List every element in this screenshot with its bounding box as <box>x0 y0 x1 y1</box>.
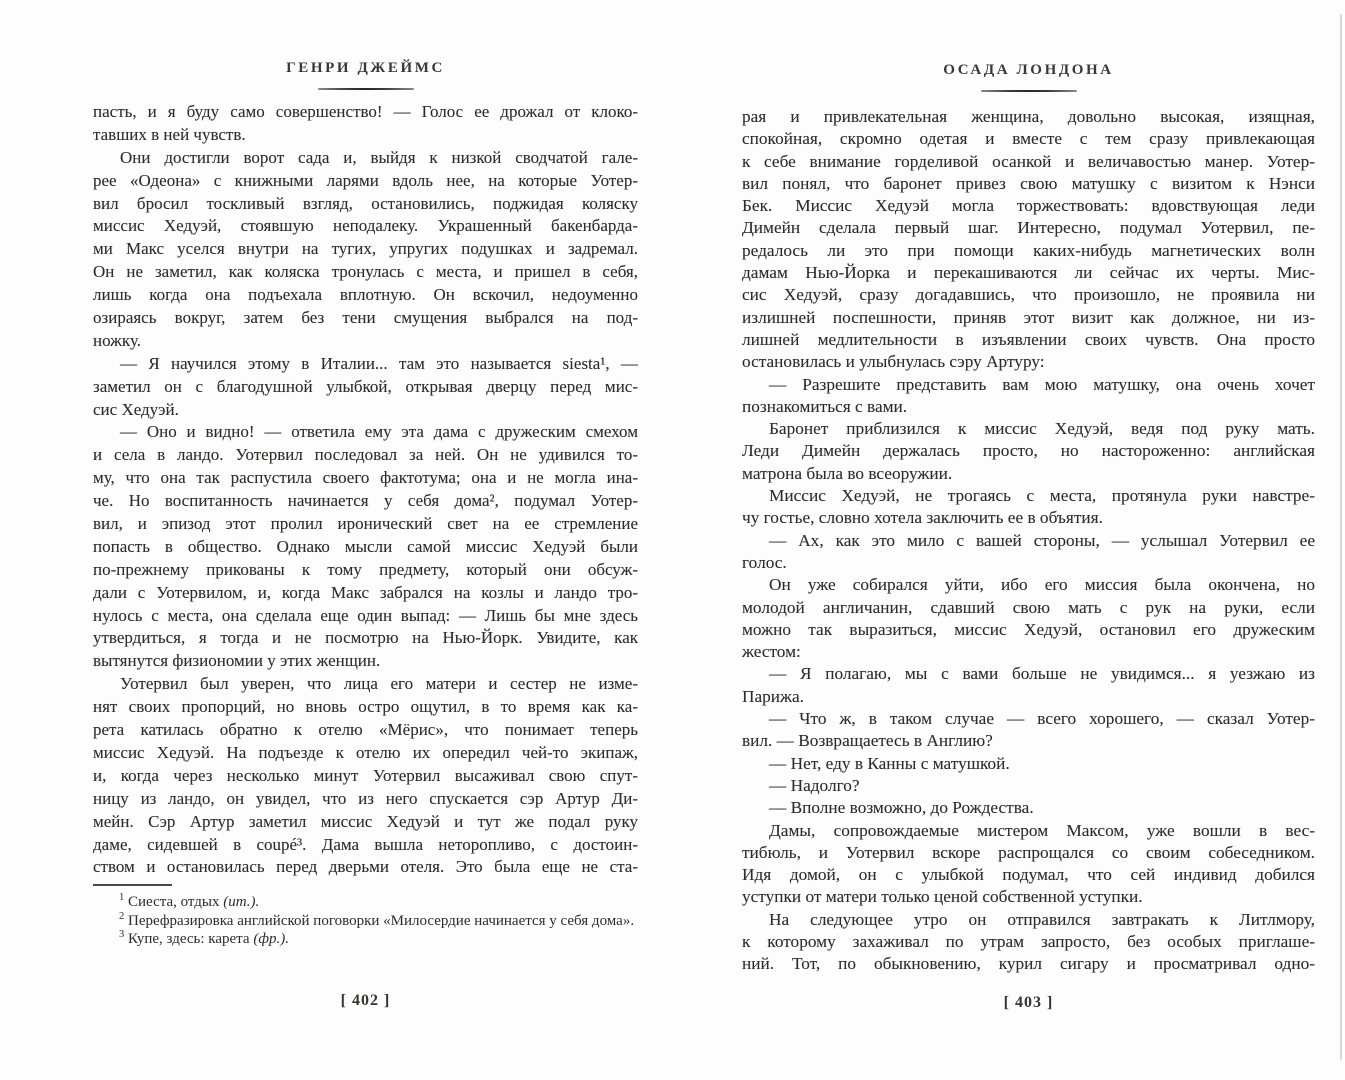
text-line: лишь когда она подъехала вплотную. Он вс… <box>93 284 638 307</box>
text-line: дамам Нью-Йорка и перекашиваются ли сейч… <box>742 262 1315 284</box>
text-line: тибюль, и Уотервил вскоре распрощался со… <box>742 842 1315 864</box>
footnote: 2 Перефразировка английской поговорки «М… <box>93 912 638 931</box>
text-line: Миссис Хедуэй, не трогаясь с места, прот… <box>742 485 1315 507</box>
footnote-text: Перефразировка английской поговорки «Мил… <box>124 913 634 929</box>
text-line: миссис Хедуэй. На подъезде к отелю их оп… <box>93 742 638 765</box>
paragraph: — Я полагаю, мы с вами больше не увидимс… <box>742 663 1315 708</box>
text-line: даме, сидевшей в coupé³. Дама вышла нето… <box>93 834 638 857</box>
paragraph: — Ах, как это мило с вашей стороны, — ус… <box>742 530 1315 575</box>
right-page: ОСАДА ЛОНДОНА рая и привлекательная женщ… <box>742 0 1315 1080</box>
text-line: — Вполне возможно, до Рождества. <box>742 797 1315 819</box>
text-line: Он не заметил, как коляска тронулась с м… <box>93 261 638 284</box>
text-line: голос. <box>742 552 1315 574</box>
text-line: нулось с места, она сделала еще один вып… <box>93 605 638 628</box>
paragraph: — Нет, еду в Канны с матушкой. <box>742 753 1315 775</box>
text-line: — Что ж, в таком случае — всего хорошего… <box>742 708 1315 730</box>
paragraph: — Вполне возможно, до Рождества. <box>742 797 1315 819</box>
text-line: вил понял, что баронет привез свою матуш… <box>742 173 1315 195</box>
paragraph: Миссис Хедуэй, не трогаясь с места, прот… <box>742 485 1315 530</box>
paragraph: — Оно и видно! — ответила ему эта дама с… <box>93 421 638 673</box>
text-line: Дамы, сопровождаемые мистером Максом, уж… <box>742 820 1315 842</box>
text-line: ний. Тот, по обыкновению, курил сигару и… <box>742 953 1315 975</box>
text-line: утвердиться, я тогда и не посмотрю на Нь… <box>93 627 638 650</box>
text-line: к которому захаживал по утрам запросто, … <box>742 931 1315 953</box>
text-line: уступки от матери только ценой собственн… <box>742 886 1315 908</box>
left-page-footnotes: 1 Сиеста, отдых (ит.).2 Перефразировка а… <box>93 893 638 949</box>
text-line: рета катилась обратно к отелю «Мёрис», ч… <box>93 719 638 742</box>
text-line: остановилась и улыбнулась сэру Артуру: <box>742 351 1315 373</box>
text-line: Димейн сделала первый шаг. Интересно, по… <box>742 217 1315 239</box>
text-line: жестом: <box>742 641 1315 663</box>
text-line: Они достигли ворот сада и, выйдя к низко… <box>93 147 638 170</box>
text-line: му, что она так распустила своего фактот… <box>93 467 638 490</box>
text-line: тавших в ней чувств. <box>93 124 638 147</box>
left-header-rule <box>318 88 414 90</box>
left-page-body: пасть, и я буду само совершенство! — Гол… <box>93 101 638 879</box>
footnote-text: Сиеста, отдых <box>124 894 223 910</box>
right-running-header: ОСАДА ЛОНДОНА <box>742 62 1315 79</box>
footnote: 3 Купе, здесь: карета (фр.). <box>93 930 638 949</box>
left-running-header: ГЕНРИ ДЖЕЙМС <box>93 60 638 77</box>
footnote-language-note: (фр.). <box>253 931 289 947</box>
right-page-body: рая и привлекательная женщина, довольно … <box>742 106 1315 976</box>
footnote-text: Купе, здесь: карета <box>124 931 253 947</box>
text-line: Баронет приблизился к миссис Хедуэй, вед… <box>742 418 1315 440</box>
footnote: 1 Сиеста, отдых (ит.). <box>93 893 638 912</box>
text-line: вытянутся физиономии у этих женщин. <box>93 650 638 673</box>
text-line: ством и остановилась перед дверьми отеля… <box>93 856 638 879</box>
text-line: по-прежнему прикованы к тому предмету, к… <box>93 559 638 582</box>
text-line: Он уже собирался уйти, ибо его миссия бы… <box>742 574 1315 596</box>
footnote-language-note: (ит.). <box>223 894 259 910</box>
paragraph: — Надолго? <box>742 775 1315 797</box>
text-line: миссис Хедуэй, стоявшую неподалеку. Укра… <box>93 215 638 238</box>
paragraph: Они достигли ворот сада и, выйдя к низко… <box>93 147 638 353</box>
text-line: Уотервил был уверен, что лица его матери… <box>93 673 638 696</box>
text-line: — Оно и видно! — ответила ему эта дама с… <box>93 421 638 444</box>
paragraph: Баронет приблизился к миссис Хедуэй, вед… <box>742 418 1315 485</box>
text-line: дали с Уотервилом, и, когда Макс забралс… <box>93 582 638 605</box>
text-line: пасть, и я буду само совершенство! — Гол… <box>93 101 638 124</box>
text-line: чу гостье, словно хотела заключить ее в … <box>742 507 1315 529</box>
text-line: молодой англичанин, сдавший свою мать с … <box>742 597 1315 619</box>
text-line: мейн. Сэр Артур заметил миссис Хедуэй и … <box>93 811 638 834</box>
text-line: излишней поспешности, приняв этот визит … <box>742 307 1315 329</box>
text-line: лишней медлительности в изъявлении своих… <box>742 329 1315 351</box>
text-line: попасть в общество. Однако мысли самой м… <box>93 536 638 559</box>
text-line: ми Макс уселся внутри на тугих, упругих … <box>93 238 638 261</box>
text-line: вил, и эпизод этот пролил иронический св… <box>93 513 638 536</box>
text-line: редалось ли это при помощи каких-нибудь … <box>742 240 1315 262</box>
text-line: и, когда через несколько минут Уотервил … <box>93 765 638 788</box>
text-line: и села в ландо. Уотервил последовал за н… <box>93 444 638 467</box>
text-line: озираясь вокруг, затем без тени смущения… <box>93 307 638 330</box>
text-line: — Разрешите представить вам мою матушку,… <box>742 374 1315 396</box>
text-line: сис Хедуэй. <box>93 399 638 422</box>
paragraph: Он уже собирался уйти, ибо его миссия бы… <box>742 574 1315 663</box>
paragraph: — Я научился этому в Италии... там это н… <box>93 353 638 422</box>
paragraph: — Что ж, в таком случае — всего хорошего… <box>742 708 1315 753</box>
book-spread: ГЕНРИ ДЖЕЙМС пасть, и я буду само соверш… <box>0 0 1345 1080</box>
text-line: — Ах, как это мило с вашей стороны, — ус… <box>742 530 1315 552</box>
text-line: ницу из ландо, он увидел, что из него сп… <box>93 788 638 811</box>
text-line: рее «Одеона» с книжными ларями вдоль нее… <box>93 170 638 193</box>
text-line: сис Хедуэй, сразу догадавшись, что произ… <box>742 284 1315 306</box>
text-line: вил бросил тоскливый взгляд, остановилис… <box>93 193 638 216</box>
text-line: заметил он с благодушной улыбкой, открыв… <box>93 376 638 399</box>
text-line: к себе внимание горделивой осанкой и вел… <box>742 151 1315 173</box>
text-line: — Нет, еду в Канны с матушкой. <box>742 753 1315 775</box>
text-line: — Надолго? <box>742 775 1315 797</box>
text-line: матрона была во всеоружии. <box>742 463 1315 485</box>
text-line: че. Но воспитанность начинается у себя д… <box>93 490 638 513</box>
text-line: спокойная, скромно одетая и вместе с тем… <box>742 128 1315 150</box>
text-line: рая и привлекательная женщина, довольно … <box>742 106 1315 128</box>
scan-edge-shadow <box>1340 14 1342 1060</box>
paragraph: Уотервил был уверен, что лица его матери… <box>93 673 638 879</box>
paragraph: Дамы, сопровождаемые мистером Максом, уж… <box>742 820 1315 909</box>
paragraph: — Разрешите представить вам мою матушку,… <box>742 374 1315 419</box>
right-page-number: [ 403 ] <box>742 994 1315 1012</box>
left-page: ГЕНРИ ДЖЕЙМС пасть, и я буду само соверш… <box>93 0 638 1080</box>
text-line: — Я полагаю, мы с вами больше не увидимс… <box>742 663 1315 685</box>
text-line: Парижа. <box>742 686 1315 708</box>
paragraph: На следующее утро он отправился завтрака… <box>742 909 1315 976</box>
text-line: ножку. <box>93 330 638 353</box>
text-line: На следующее утро он отправился завтрака… <box>742 909 1315 931</box>
text-line: Леди Димейн держалась просто, но насторо… <box>742 440 1315 462</box>
paragraph: пасть, и я буду само совершенство! — Гол… <box>93 101 638 147</box>
text-line: познакомиться с вами. <box>742 396 1315 418</box>
footnote-separator-rule <box>93 884 172 886</box>
text-line: Идя домой, он с улыбкой подумал, что сей… <box>742 864 1315 886</box>
text-line: Бек. Миссис Хедуэй могла торжествовать: … <box>742 195 1315 217</box>
text-line: нят своих пропорций, но вновь остро ощут… <box>93 696 638 719</box>
text-line: можно так выразиться, миссис Хедуэй, ост… <box>742 619 1315 641</box>
right-header-rule <box>981 90 1077 92</box>
paragraph: рая и привлекательная женщина, довольно … <box>742 106 1315 374</box>
left-page-number: [ 402 ] <box>93 992 638 1010</box>
text-line: вил. — Возвращаетесь в Англию? <box>742 730 1315 752</box>
text-line: — Я научился этому в Италии... там это н… <box>93 353 638 376</box>
